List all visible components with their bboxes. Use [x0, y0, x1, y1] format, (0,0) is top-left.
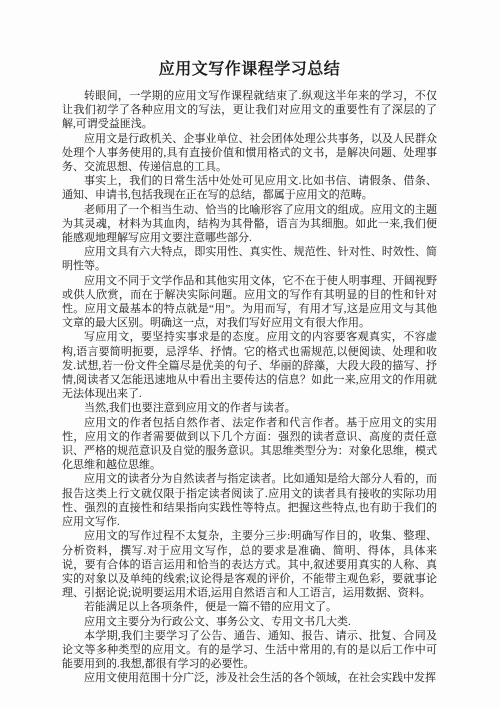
- paragraph-10: 应用文的读者分为自然读者与指定读者。比如通知是给大部分人看的，而报告这类上行文就…: [62, 472, 437, 529]
- paragraph-5: 应用文具有六大特点，即实用性、真实性、规范性、针对性、时效性、简明性等。: [62, 245, 437, 273]
- paragraph-13: 应用文主要分为行政公文、事务公文、专用文书几大类.: [62, 615, 437, 629]
- document-title: 应用文写作课程学习总结: [62, 60, 437, 80]
- paragraph-15: 应用文使用范围十分广泛，涉及社会生活的各个领域，在社会实践中发挥: [62, 671, 437, 685]
- paragraph-9: 应用文的作者包括自然作者、法定作者和代言作者。基于应用文的实用性，应用文的作者需…: [62, 416, 437, 473]
- paragraph-11: 应用文的写作过程不太复杂，主要分三步:明确写作目的，收集、整理、分析资料，撰写.…: [62, 529, 437, 600]
- paragraph-14: 本学期,我们主要学习了公告、通告、通知、报告、请示、批复、合同及论文等多种类型的…: [62, 629, 437, 672]
- document-body: 转眼间，一学期的应用文写作课程就结束了.纵观这半年来的学习，不仅让我们初学了各种…: [62, 89, 437, 686]
- paragraph-4: 老师用了一个相当生动、恰当的比喻形容了应用文的组成。应用文的主题为其灵魂，材料为…: [62, 203, 437, 246]
- paragraph-12: 若能满足以上各项条件，便是一篇不错的应用文了。: [62, 600, 437, 614]
- paragraph-8: 当然,我们也要注意到应用文的作者与读者。: [62, 401, 437, 415]
- paragraph-6: 应用文不同于文学作品和其他实用文体，它不在于使人明事理、开阔视野或供人欣赏，而在…: [62, 274, 437, 331]
- document-page: 应用文写作课程学习总结 转眼间，一学期的应用文写作课程就结束了.纵观这半年来的学…: [0, 0, 500, 708]
- paragraph-3: 事实上，我们的日常生活中处处可见应用文.比如书信、请假条、借条、通知、申请书,包…: [62, 174, 437, 202]
- paragraph-1: 转眼间，一学期的应用文写作课程就结束了.纵观这半年来的学习，不仅让我们初学了各种…: [62, 89, 437, 132]
- paragraph-7: 写应用文，要坚持实事求是的态度。应用文的内容要客观真实，不容虚构,语言要简明扼要…: [62, 330, 437, 401]
- paragraph-2: 应用文是行政机关、企事业单位、社会团体处理公共事务，以及人民群众处理个人事务使用…: [62, 132, 437, 175]
